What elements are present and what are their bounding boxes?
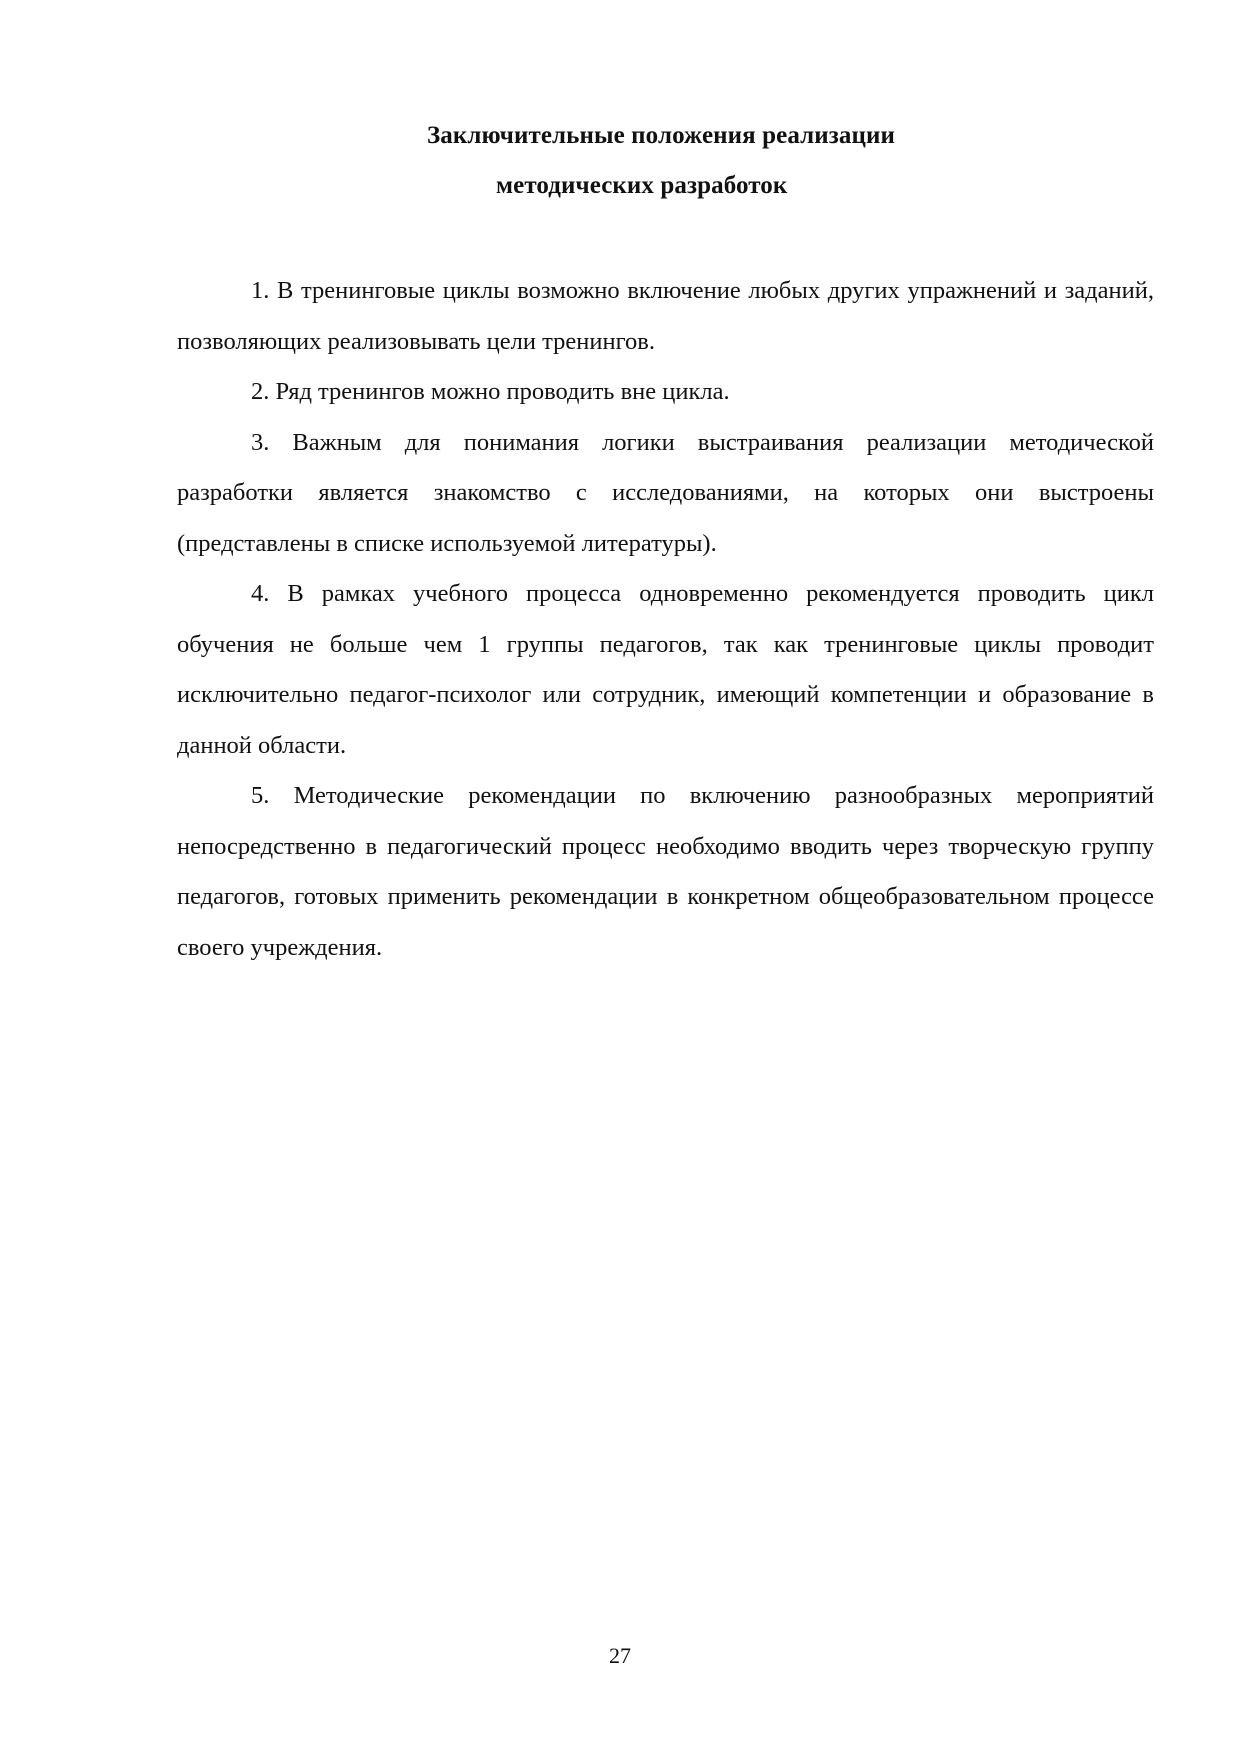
section-title-text-1: Заключительные положения реализации <box>427 121 895 151</box>
list-item-5: 5. Методические рекомендации по включени… <box>177 771 1154 973</box>
page-number: 27 <box>0 1643 1240 1669</box>
list-item-4: 4. В рамках учебного процесса одновремен… <box>177 569 1154 771</box>
list-item-1: 1. В тренинговые циклы возможно включени… <box>177 266 1154 367</box>
document-body: 1. В тренинговые циклы возможно включени… <box>177 266 1154 973</box>
list-item-2: 2. Ряд тренингов можно проводить вне цик… <box>177 367 1154 418</box>
list-item-3: 3. Важным для понимания логики выстраива… <box>177 418 1154 570</box>
document-page: Заключительные положения реализации мето… <box>0 0 1240 1754</box>
section-title-text-2: методических разработок <box>496 171 787 201</box>
